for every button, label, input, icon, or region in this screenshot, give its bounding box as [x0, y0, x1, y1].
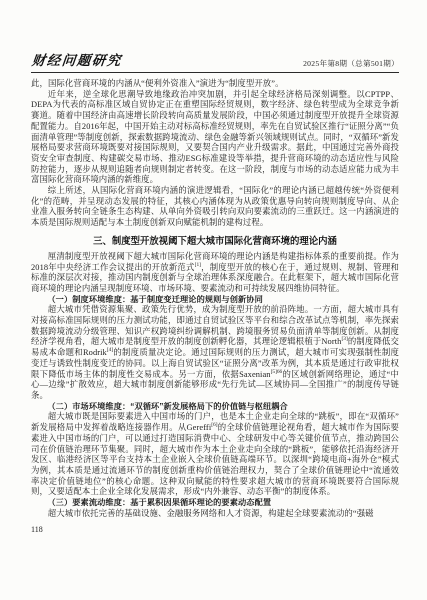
paragraph: 此，国际化营商环境的内涵从“便利外资准入”演进为“制度型开放”。: [31, 79, 399, 90]
subsection-heading: （二）市场环境维度：“双循环”新发展格局下的价值链与枢纽耦合: [31, 402, 399, 413]
citation-superscript: [5]66: [271, 369, 283, 375]
paragraph: 超大城市既是国际要素进入中国市场的门户，也是本土企业走向全球的“跳板”，即在“双…: [31, 412, 399, 498]
article-body: 此，国际化营商环境的内涵从“便利外资准入”演进为“制度型开放”。近年来，逆全球化…: [31, 79, 399, 519]
issue-info: 2025年第8期（总第501期）: [303, 58, 399, 69]
journal-logo: 财经问题研究: [31, 49, 123, 69]
citation-superscript: [3]: [341, 337, 347, 343]
subsection-heading: （三）要素流动维度：基于累积因果循环理论的要素动态配置: [31, 498, 399, 509]
journal-page: 财经问题研究 2025年第8期（总第501期） 此，国际化营商环境的内涵从“便利…: [0, 0, 427, 600]
citation-superscript: [4]: [107, 347, 113, 353]
paragraph: 厘清制度型开放视阈下超大城市国际化营商环境的理论内涵是构建指标体系的重要前提。作…: [31, 252, 399, 295]
page-number: 118: [31, 525, 399, 534]
citation-superscript: [6]: [211, 422, 217, 428]
paragraph: 超大城市依托完善的基础设施、金融服务网络和人才资源，构建起全球要素流动的“强磁: [31, 509, 399, 520]
page-header: 财经问题研究 2025年第8期（总第501期）: [31, 49, 399, 73]
paragraph: 综上所述，从国际化营商环境内涵的演进逻辑看，“国际化”的理论内涵已超越传统“外资…: [31, 186, 399, 229]
subsection-heading: （一）制度环境维度：基于制度变迁理论的规则与创新协同: [31, 295, 399, 306]
citation-superscript: [1]: [195, 262, 201, 268]
paragraph: 超大城市凭借资源集聚、政策先行优势，成为制度型开放的前沿阵地。一方面，超大城市具…: [31, 305, 399, 401]
section-heading: 三、制度型开放视阈下超大城市国际化营商环境的理论内涵: [31, 235, 399, 247]
paragraph: 近年来，逆全球化思潮导致地缘政治冲突加剧，并引起全球经济格局深刻调整。以CPTP…: [31, 90, 399, 186]
